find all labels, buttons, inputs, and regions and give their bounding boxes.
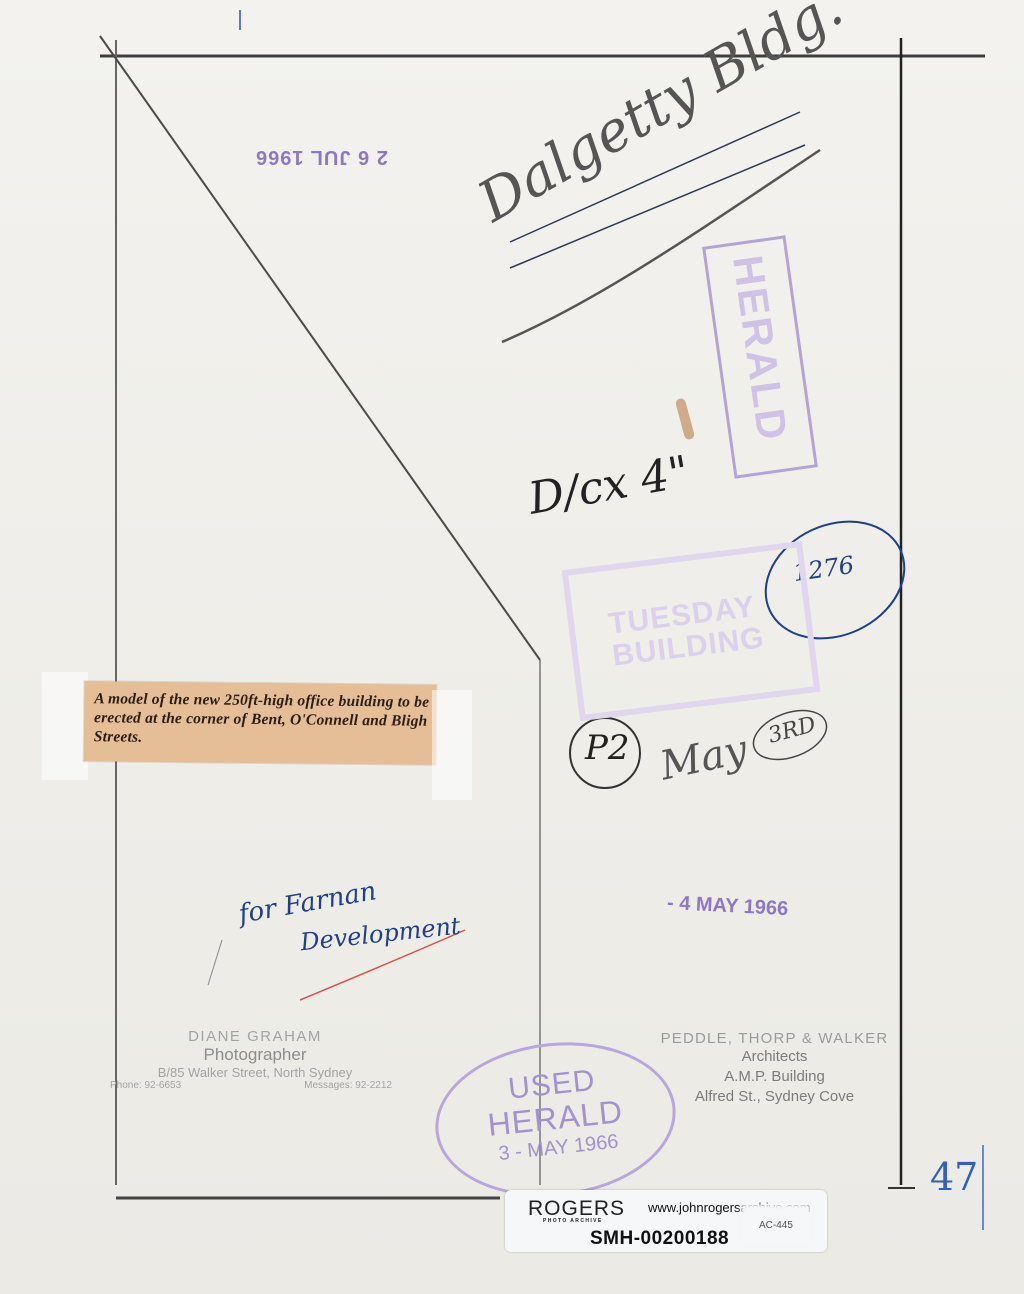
date-stamp-jul: 2 6 JUL 1966: [255, 145, 388, 168]
tuesday-building-stamp: TUESDAY BUILDING: [562, 541, 821, 721]
catalog-number: AC-445: [759, 1220, 793, 1231]
tape-left: [42, 672, 88, 780]
handwritten-page-ref: P2: [585, 728, 630, 768]
photo-back: 2 6 JUL 1966 Dalgetty Bldg. HERALD D/cx …: [0, 0, 1024, 1294]
archive-label: ROGERS PHOTO ARCHIVE www.johnrogersarchi…: [505, 1190, 827, 1252]
archive-id: SMH-00200188: [590, 1228, 729, 1250]
photographer-stamp: DIANE GRAHAM Photographer B/85 Walker St…: [110, 1028, 400, 1091]
tape-right: [432, 690, 472, 800]
handwritten-corner-number: 47: [930, 1155, 978, 1199]
newspaper-clipping: A model of the new 250ft-high office bui…: [84, 681, 437, 765]
